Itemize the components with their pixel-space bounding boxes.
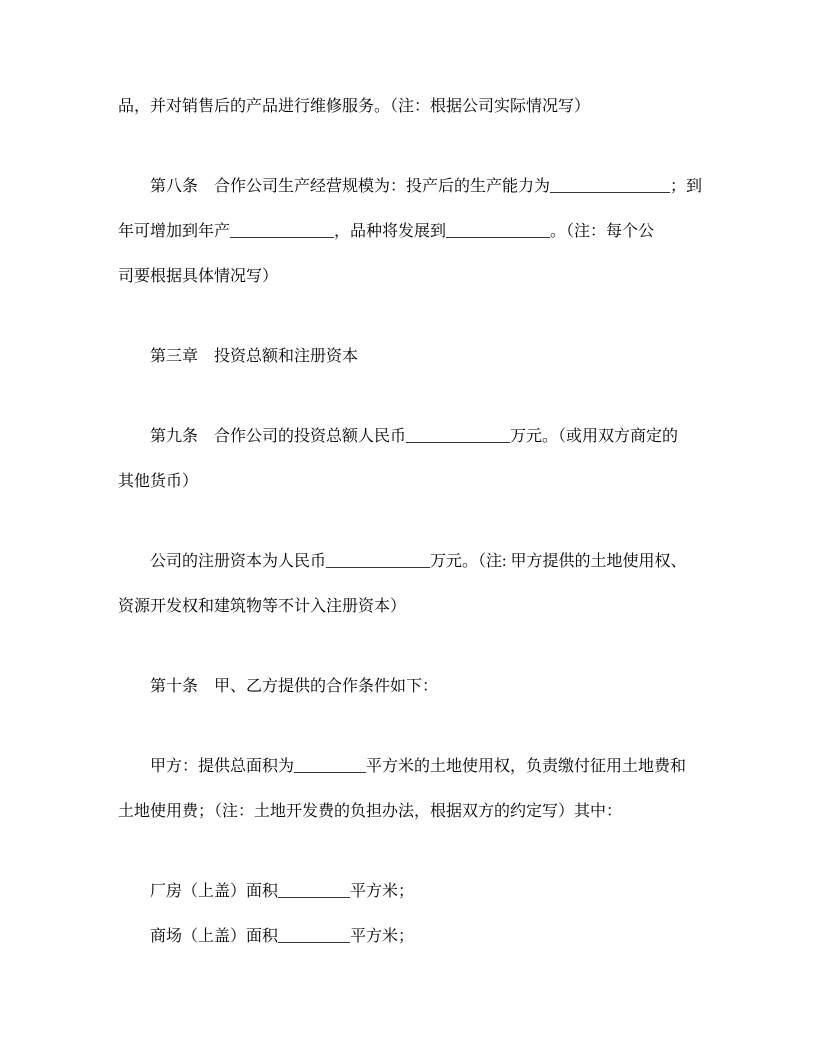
article-8-line-2: 年可增加到年产_____________，品种将发展到_____________… [118, 209, 698, 254]
paragraph-spacer [118, 834, 698, 869]
paragraph-spacer [118, 379, 698, 414]
article-9-line-2: 其他货币） [118, 459, 698, 504]
article-8-line-3: 司要根据具体情况写） [118, 254, 698, 299]
article-10-heading: 第十条 甲、乙方提供的合作条件如下： [118, 664, 698, 709]
paragraph-continuation-line: 品，并对销售后的产品进行维修服务。（注：根据公司实际情况写） [118, 84, 698, 129]
registered-capital-line-2: 资源开发权和建筑物等不计入注册资本） [118, 584, 698, 629]
paragraph-spacer [118, 299, 698, 334]
party-a-line-2: 土地使用费；（注：土地开发费的负担办法，根据双方的约定写）其中： [118, 789, 698, 834]
article-8-line-1: 第八条 合作公司生产经营规模为：投产后的生产能力为_______________… [118, 164, 698, 209]
factory-area-line: 厂房（上盖）面积_________平方米； [118, 869, 698, 914]
chapter-3-heading: 第三章 投资总额和注册资本 [118, 334, 698, 379]
registered-capital-line-1: 公司的注册资本为人民币_____________万元。（注: 甲方提供的土地使用… [118, 539, 698, 584]
paragraph-spacer [118, 129, 698, 164]
paragraph-spacer [118, 504, 698, 539]
party-a-line-1: 甲方：提供总面积为_________平方米的土地使用权，负责缴付征用土地费和 [118, 744, 698, 789]
article-9-line-1: 第九条 合作公司的投资总额人民币_____________万元。（或用双方商定的 [118, 414, 698, 459]
paragraph-spacer [118, 629, 698, 664]
paragraph-spacer [118, 709, 698, 744]
mall-area-line: 商场（上盖）面积_________平方米； [118, 914, 698, 959]
document-page: 品，并对销售后的产品进行维修服务。（注：根据公司实际情况写） 第八条 合作公司生… [0, 0, 816, 1056]
